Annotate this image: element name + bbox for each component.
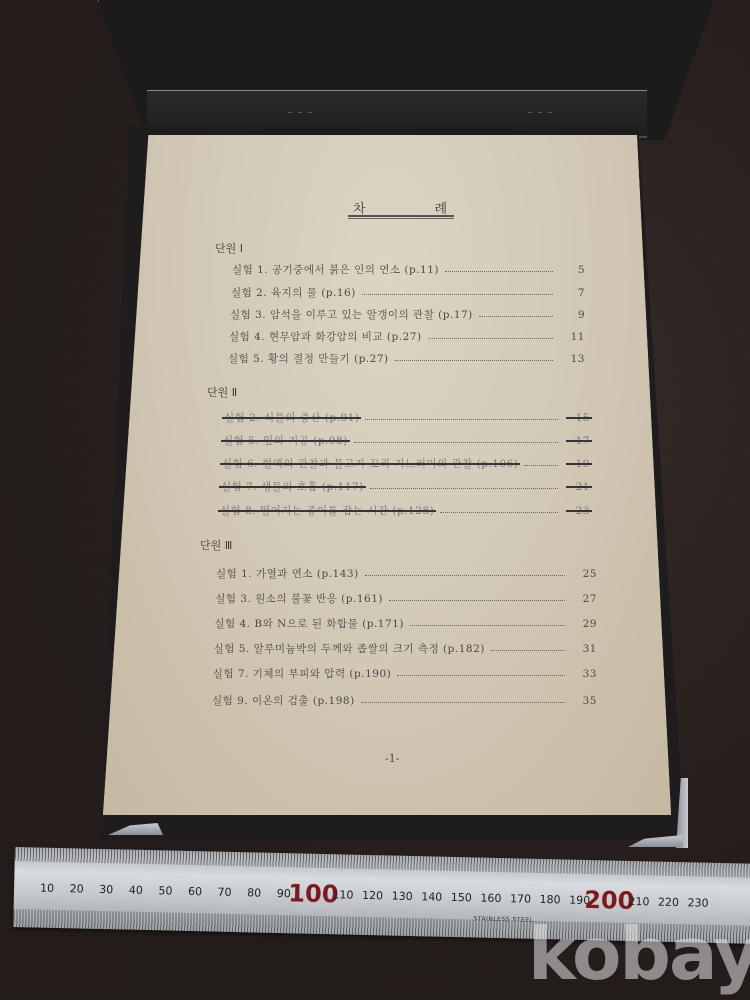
ruler-number: 230 (687, 896, 708, 909)
toc-entry-page: 31 (575, 643, 597, 655)
ruler-number: 150 (451, 891, 472, 904)
toc-entry-page: 27 (575, 593, 597, 605)
toc-entry: 실험 3. 원소의 불꽃 반응 (p.161)27 (215, 591, 597, 606)
ruler-number: 110 (332, 888, 353, 901)
ruler-number: 170 (510, 892, 531, 905)
dot-leader (440, 512, 558, 513)
toc-entry-page: 21 (568, 481, 590, 493)
toc-entry-label: 실험 3. 암석을 이루고 있는 알갱이의 관찰 (p.17) (230, 307, 473, 322)
ruler-number: 100 (288, 879, 339, 908)
ruler-number: 10 (40, 882, 54, 895)
section-header: 단원 Ⅱ (207, 384, 237, 400)
dot-leader (361, 702, 565, 703)
toc-entry-label: 실험 5. 황의 결정 만들기 (p.27) (228, 351, 389, 366)
ruler-number: 210 (628, 895, 649, 908)
toc-entry-page: 19 (568, 458, 590, 470)
toc-entry-page: 5 (563, 264, 585, 276)
toc-entry-label: 실험 1. 공기중에서 붉은 인의 연소 (p.11) (232, 262, 439, 277)
dot-leader (362, 294, 553, 295)
toc-entry-page: 9 (563, 309, 585, 321)
ruler-number: 20 (70, 882, 84, 895)
toc-entry-page: 17 (568, 435, 590, 447)
dot-leader (370, 488, 558, 489)
section-header: 단원 Ⅰ (215, 240, 243, 256)
ruler-number: 140 (421, 890, 442, 903)
ruler-number: 70 (217, 886, 231, 899)
section-header: 단원 Ⅲ (200, 537, 232, 553)
toc-entry: 실험 1. 가열과 연소 (p.143)25 (216, 566, 597, 581)
toc-title-underline (348, 215, 454, 219)
page-number: -1- (385, 752, 399, 765)
toc-entry: 실험 2. 육지의 물 (p.16)7 (231, 285, 585, 300)
toc-entry-page: 15 (568, 412, 590, 424)
dot-leader (389, 600, 565, 601)
ruler-ticks-top (15, 847, 750, 878)
ruler-number: 60 (188, 885, 202, 898)
toc-entry: 실험 8. 떨어지는 종이를 잡는 시간 (p.128)23 (220, 503, 590, 518)
ruler-brand: STAINLESS STEEL (473, 915, 533, 923)
dot-leader (395, 360, 553, 361)
toc-entry: 실험 3. 암석을 이루고 있는 알갱이의 관찰 (p.17)9 (230, 307, 585, 322)
toc-entry-label: 실험 7. 기체의 부피와 압력 (p.190) (213, 666, 391, 681)
toc-entry-label: 실험 6. 혈액의 관찰과 물고기 꼬리 지느러미의 관찰 (p.106) (222, 456, 518, 471)
toc-entry-label: 실험 5. 잎의 기공 (p.98) (223, 433, 348, 448)
toc-entry: 실험 7. 기체의 부피와 압력 (p.190)33 (213, 666, 597, 681)
toc-entry-page: 25 (575, 568, 597, 580)
dot-leader (479, 316, 553, 317)
toc-entry: 실험 5. 황의 결정 만들기 (p.27)13 (228, 351, 585, 366)
toc-entry-label: 실험 9. 이온의 검출 (p.198) (212, 693, 355, 708)
toc-entry-page: 11 (563, 331, 585, 343)
ruler-number: 220 (658, 896, 679, 909)
ruler-number: 130 (392, 890, 413, 903)
toc-entry-label: 실험 4. 현무암과 화강암의 비교 (p.27) (229, 329, 422, 344)
toc-entry-label: 실험 2. 육지의 물 (p.16) (231, 285, 356, 300)
ruler-number: 40 (129, 884, 143, 897)
toc-entry-page: 35 (575, 695, 597, 707)
ruler-number: 160 (480, 892, 501, 905)
dot-leader (397, 675, 565, 676)
toc-entry-label: 실험 2. 식물의 증산 (p.91) (224, 410, 359, 425)
toc-entry: 실험 1. 공기중에서 붉은 인의 연소 (p.11)5 (232, 262, 585, 277)
toc-entry-label: 실험 8. 떨어지는 종이를 잡는 시간 (p.128) (220, 503, 434, 518)
toc-entry-page: 29 (575, 618, 597, 630)
toc-entry-page: 33 (575, 668, 597, 680)
toc-entry-label: 실험 5. 알루미늄박의 두께와 좁쌀의 크기 측정 (p.182) (214, 641, 485, 656)
toc-entry-page: 7 (563, 287, 585, 299)
dot-leader (410, 625, 565, 626)
toc-entry-page: 13 (563, 353, 585, 365)
toc-entry: 실험 4. B와 N으로 된 화합물 (p.171)29 (214, 616, 597, 631)
toc-entry: 실험 9. 이온의 검출 (p.198)35 (212, 693, 597, 708)
dot-leader (365, 419, 558, 420)
toc-entry: 실험 5. 잎의 기공 (p.98)17 (223, 433, 590, 448)
ruler-number: 180 (539, 893, 560, 906)
ruler-number: 50 (158, 884, 172, 897)
dot-leader (445, 271, 553, 272)
ruler-number: 30 (99, 883, 113, 896)
document-page (103, 135, 671, 815)
toc-entry-label: 실험 4. B와 N으로 된 화합물 (p.171) (214, 616, 404, 631)
toc-entry-label: 실험 7. 생물의 호흡 (p.117) (221, 479, 364, 494)
dot-leader (354, 442, 558, 443)
dot-leader (428, 338, 553, 339)
ruler-number: 120 (362, 889, 383, 902)
ruler-number: 200 (584, 886, 635, 915)
dot-leader (365, 575, 565, 576)
flap-marking: ~ ~ ~ (287, 109, 314, 117)
dot-leader (524, 465, 558, 466)
watermark: kobay (528, 918, 750, 990)
flap-marking: ~ ~ ~ (527, 109, 554, 117)
toc-entry: 실험 5. 알루미늄박의 두께와 좁쌀의 크기 측정 (p.182)31 (214, 641, 597, 656)
toc-entry-page: 23 (568, 505, 590, 517)
ruler-number: 80 (247, 886, 261, 899)
toc-entry: 실험 6. 혈액의 관찰과 물고기 꼬리 지느러미의 관찰 (p.106)19 (222, 456, 590, 471)
toc-entry: 실험 7. 생물의 호흡 (p.117)21 (221, 479, 590, 494)
dot-leader (491, 650, 565, 651)
toc-entry-label: 실험 1. 가열과 연소 (p.143) (216, 566, 359, 581)
toc-entry: 실험 4. 현무암과 화강암의 비교 (p.27)11 (229, 329, 585, 344)
toc-entry-label: 실험 3. 원소의 불꽃 반응 (p.161) (215, 591, 383, 606)
toc-entry: 실험 2. 식물의 증산 (p.91)15 (224, 410, 590, 425)
